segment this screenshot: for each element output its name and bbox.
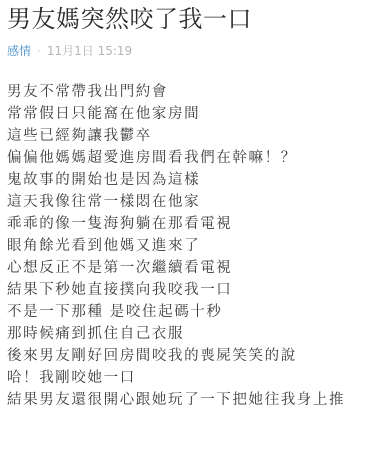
body-line: 這天我像往常一樣悶在他家 (7, 191, 366, 213)
category-link[interactable]: 感情 (7, 44, 31, 58)
post-title: 男友媽突然咬了我一口 (7, 0, 366, 35)
body-line: 常常假日只能窩在他家房間 (7, 103, 366, 125)
body-line: 眼角餘光看到他媽又進來了 (7, 235, 366, 257)
body-line: 男友不常帶我出門約會 (7, 81, 366, 103)
body-line: 不是一下那種 是咬住起碼十秒 (7, 301, 366, 323)
body-line: 偏偏他媽媽超愛進房間看我們在幹嘛！？ (7, 147, 366, 169)
post-meta: 感情·11月1日 15:19 (7, 41, 366, 61)
body-line: 心想反正不是第一次繼續看電視 (7, 257, 366, 279)
body-line: 那時候痛到抓住自己衣服 (7, 323, 366, 345)
post-article: 男友媽突然咬了我一口 感情·11月1日 15:19 男友不常帶我出門約會 常常假… (0, 0, 366, 411)
body-line: 結果男友還很開心跟她玩了一下把她往我身上推 (7, 389, 366, 411)
post-body: 男友不常帶我出門約會 常常假日只能窩在他家房間 這些已經夠讓我鬱卒 偏偏他媽媽超… (7, 81, 366, 411)
body-line: 後來男友剛好回房間咬我的喪屍笑笑的說 (7, 345, 366, 367)
post-timestamp: 11月1日 15:19 (47, 44, 132, 58)
body-line: 這些已經夠讓我鬱卒 (7, 125, 366, 147)
body-line: 結果下秒她直接撲向我咬我一口 (7, 279, 366, 301)
meta-separator: · (37, 41, 41, 61)
body-line: 乖乖的像一隻海狗躺在那看電視 (7, 213, 366, 235)
body-line: 鬼故事的開始也是因為這樣 (7, 169, 366, 191)
body-line: 哈！我剛咬她一口 (7, 367, 366, 389)
